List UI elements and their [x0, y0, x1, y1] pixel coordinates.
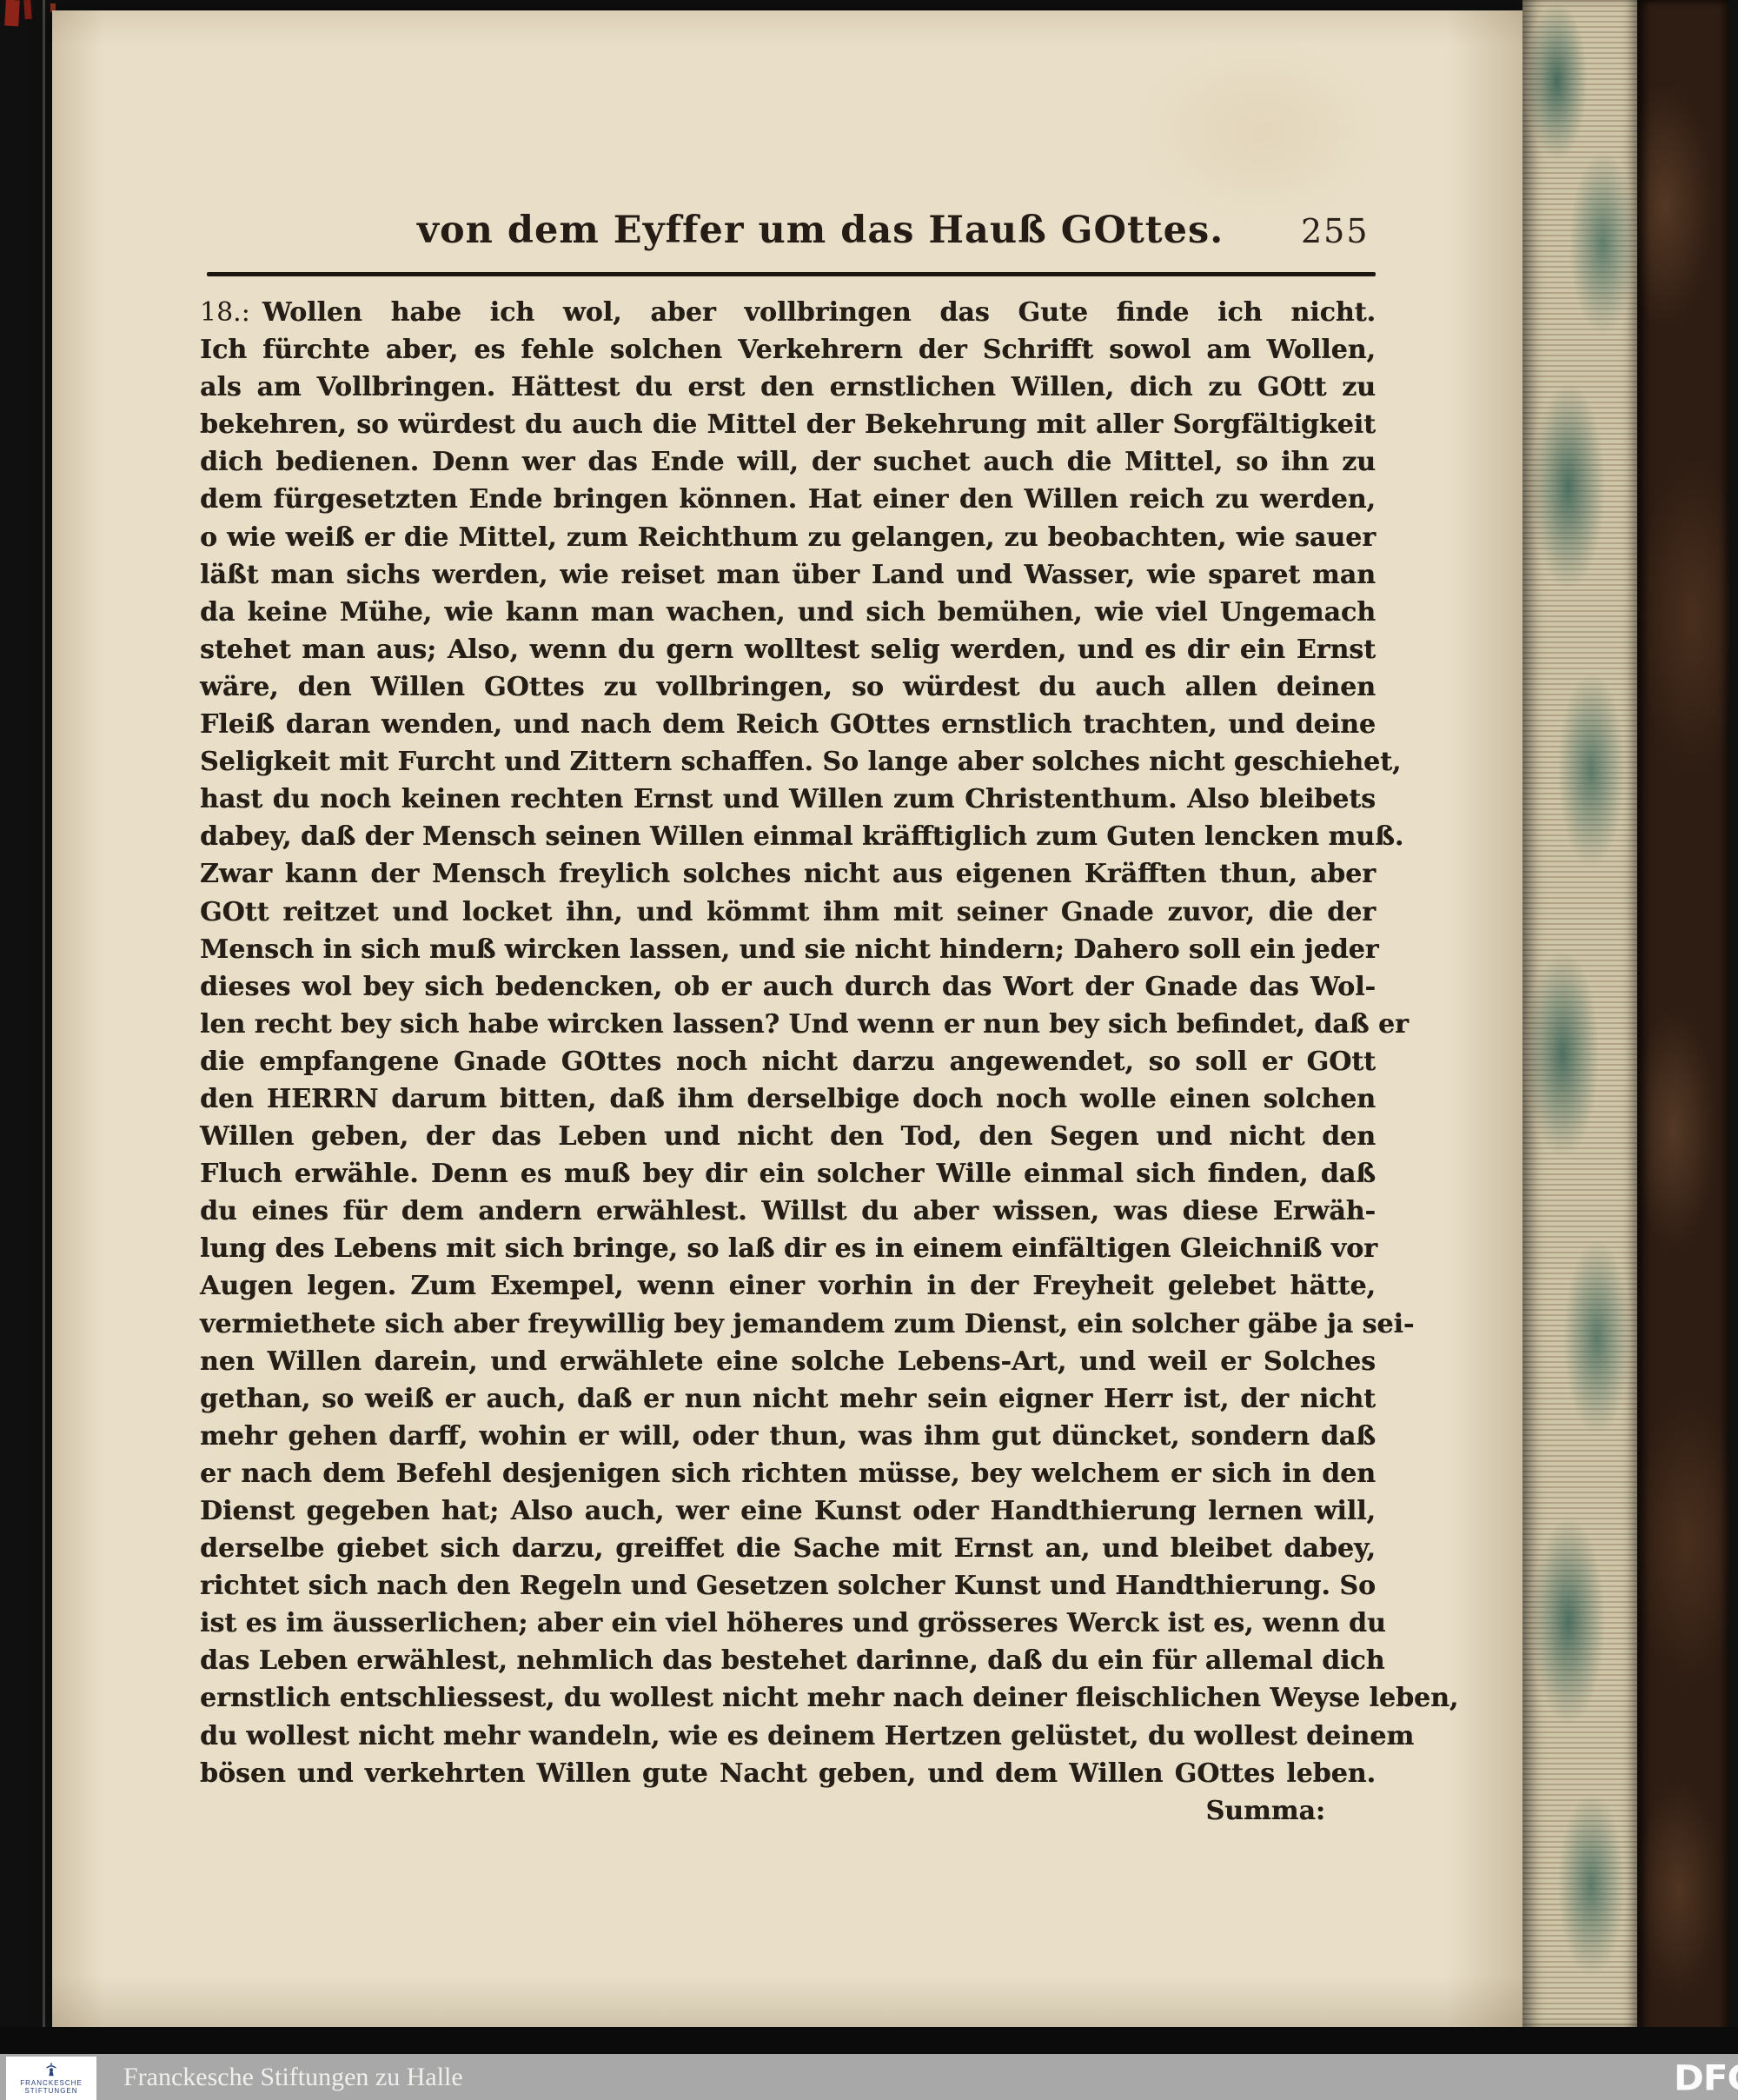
text-line: len recht bey sich habe wircken lassen? … — [200, 1006, 1376, 1043]
text-line: Willen geben, der das Leben und nicht de… — [200, 1118, 1376, 1155]
headband-red-mark — [4, 0, 20, 26]
text-line: da keine Mühe, wie kann man wachen, und … — [200, 594, 1376, 631]
text-line: bösen und verkehrten Willen gute Nacht g… — [200, 1755, 1376, 1792]
badge-line1: FRANCKESCHE — [20, 2079, 82, 2087]
text-line: dieses wol bey sich bedencken, ob er auc… — [200, 968, 1376, 1006]
catchword: Summa: — [200, 1792, 1376, 1830]
text-line: ist es im äusserlichen; aber ein viel hö… — [200, 1605, 1376, 1642]
text-line: richtet sich nach den Regeln und Gesetze… — [200, 1567, 1376, 1605]
dfg-logo: DFG — [1674, 2057, 1738, 2098]
text-line: vermiethete sich aber freywillig bey jem… — [200, 1306, 1376, 1343]
section-number: 18.: — [200, 297, 250, 328]
text-line: gethan, so weiß er auch, daß er nun nich… — [200, 1380, 1376, 1418]
text-line: wäre, den Willen GOttes zu vollbringen, … — [200, 668, 1376, 706]
text-line: Fluch erwähle. Denn es muß bey dir ein s… — [200, 1155, 1376, 1193]
text-line: Ich fürchte aber, es fehle solchen Verke… — [200, 331, 1376, 369]
text-line: Zwar kann der Mensch freylich solches ni… — [200, 855, 1376, 893]
text-line: derselbe giebet sich darzu, greiffet die… — [200, 1530, 1376, 1567]
text-line: GOtt reitzet und locket ihn, und kömmt i… — [200, 894, 1376, 931]
text-line: er nach dem Befehl desjenigen sich richt… — [200, 1455, 1376, 1492]
text-line: mehr gehen darff, wohin er will, oder th… — [200, 1418, 1376, 1455]
text-line: läßt man sichs werden, wie reiset man üb… — [200, 556, 1376, 594]
bottom-gap — [0, 2027, 1738, 2054]
header-rule — [207, 272, 1376, 276]
scan-edge-line — [43, 0, 45, 2027]
text-line: lung des Lebens mit sich bringe, so laß … — [200, 1230, 1376, 1267]
library-badge-text: FRANCKESCHE STIFTUNGEN — [20, 2079, 82, 2095]
library-badge: FRANCKESCHE STIFTUNGEN — [6, 2057, 96, 2100]
text-line: dich bedienen. Denn wer das Ende will, d… — [200, 443, 1376, 481]
text-line: den HERRN darum bitten, daß ihm derselbi… — [200, 1080, 1376, 1118]
running-title: von dem Eyffer um das Hauß GOttes. — [417, 209, 1224, 252]
text-line: Augen legen. Zum Exempel, wenn einer vor… — [200, 1267, 1376, 1305]
text-line: du eines für dem andern erwählest. Wills… — [200, 1193, 1376, 1230]
text-line: Mensch in sich muß wircken lassen, und s… — [200, 931, 1376, 968]
book-leather-cover — [1637, 0, 1729, 2054]
text-line: die empfangene Gnade GOttes noch nicht d… — [200, 1043, 1376, 1080]
text-line: Fleiß daran wenden, und nach dem Reich G… — [200, 706, 1376, 743]
body-text: 18.:Wollen habe ich wol, aber vollbringe… — [200, 294, 1376, 1830]
headband-red-mark — [23, 0, 32, 19]
text-line: hast du noch keinen rechten Ernst und Wi… — [200, 781, 1376, 818]
text-line: bekehren, so würdest du auch die Mittel … — [200, 406, 1376, 443]
text-line: o wie weiß er die Mittel, zum Reichthum … — [200, 519, 1376, 556]
quoted-verse: Wollen habe ich wol, aber vollbringen da… — [262, 297, 1376, 328]
library-label: Franckesche Stiftungen zu Halle — [123, 2054, 463, 2100]
franckesche-stiftungen-logo-icon — [43, 2063, 59, 2078]
book-scan-viewer: von dem Eyffer um das Hauß GOttes. 255 1… — [0, 0, 1738, 2100]
text-line: du wollest nicht mehr wandeln, wie es de… — [200, 1718, 1376, 1755]
book-fore-edge — [1522, 0, 1637, 2027]
text-line: das Leben erwählest, nehmlich das besteh… — [200, 1642, 1376, 1679]
page-number: 255 — [1301, 212, 1370, 250]
badge-line2: STIFTUNGEN — [24, 2087, 77, 2095]
text-line: 18.:Wollen habe ich wol, aber vollbringe… — [200, 294, 1376, 331]
text-line: dem fürgesetzten Ende bringen können. Ha… — [200, 481, 1376, 518]
text-line: Seligkeit mit Furcht und Zittern schaffe… — [200, 743, 1376, 781]
text-line: ernstlich entschliessest, du wollest nic… — [200, 1679, 1376, 1717]
text-line: als am Vollbringen. Hättest du erst den … — [200, 369, 1376, 406]
text-line: Dienst gegeben hat; Also auch, wer eine … — [200, 1492, 1376, 1530]
text-line: stehet man aus; Also, wenn du gern wollt… — [200, 631, 1376, 668]
text-line: dabey, daß der Mensch seinen Willen einm… — [200, 818, 1376, 855]
book-page: von dem Eyffer um das Hauß GOttes. 255 1… — [52, 10, 1525, 2027]
text-line: nen Willen darein, und erwählete eine so… — [200, 1343, 1376, 1380]
